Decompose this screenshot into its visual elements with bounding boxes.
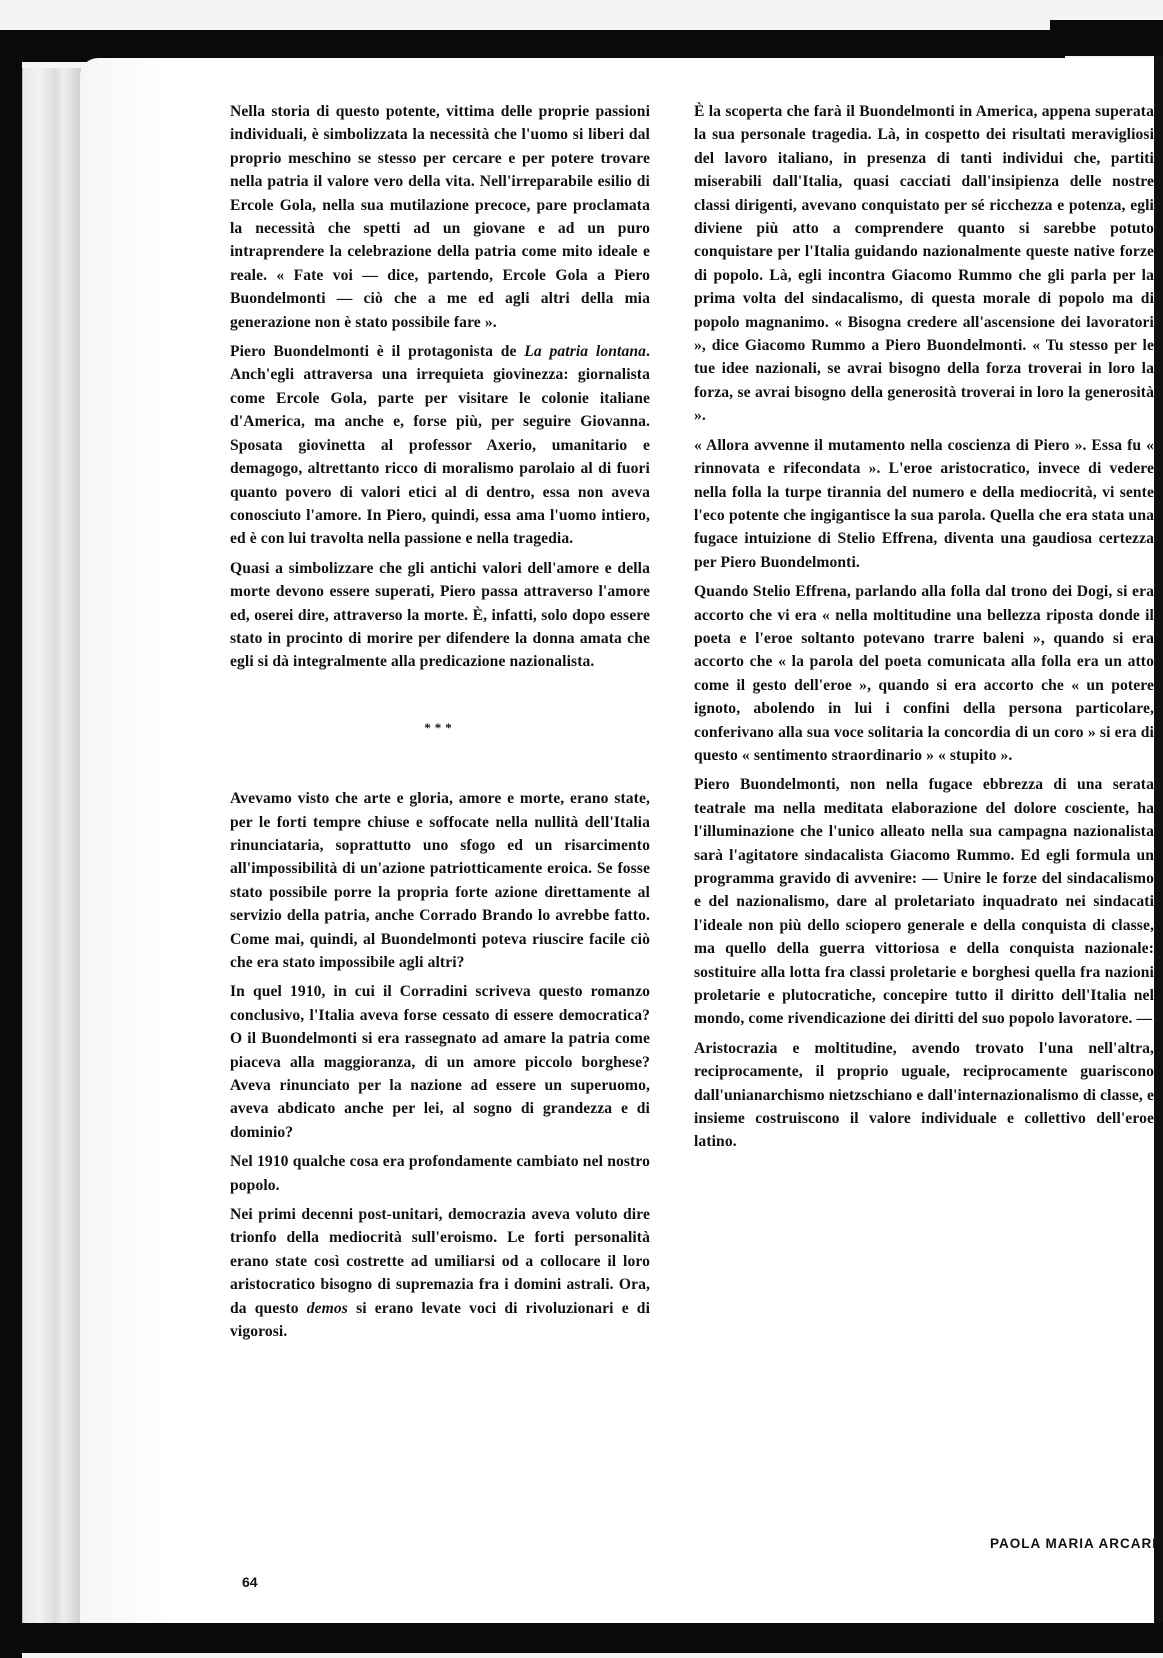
right-column: È la scoperta che farà il Buondelmonti i…: [694, 100, 1154, 1160]
paragraph: Quando Stelio Effrena, parlando alla fol…: [694, 580, 1154, 767]
paragraph: Aristocrazia e moltitudine, avendo trova…: [694, 1037, 1154, 1154]
page-number: 64: [242, 1574, 258, 1590]
italic-term: demos: [307, 1300, 348, 1317]
scan-frame-left: [0, 30, 22, 1658]
paragraph: Piero Buondelmonti è il protagonista de …: [230, 340, 650, 551]
book-title: La patria lontana: [524, 343, 646, 360]
paragraph: Nei primi decenni post-unitari, democraz…: [230, 1203, 650, 1343]
paragraph: « Allora avvenne il mutamento nella cosc…: [694, 434, 1154, 574]
left-column: Nella storia di questo potente, vittima …: [230, 100, 650, 1350]
scan-frame-right: [1154, 56, 1163, 1623]
paragraph: Piero Buondelmonti, non nella fugace ebb…: [694, 773, 1154, 1030]
paragraph-text: . Anch'egli attraversa una irrequieta gi…: [230, 343, 650, 547]
paragraph: Nella storia di questo potente, vittima …: [230, 100, 650, 334]
scan-frame-top-right: [1050, 20, 1163, 56]
paragraph: Nel 1910 qualche cosa era profondamente …: [230, 1150, 650, 1197]
paragraph-text: Piero Buondelmonti è il protagonista de: [230, 343, 524, 360]
scan-frame-bottom: [0, 1623, 1163, 1653]
paragraph: È la scoperta che farà il Buondelmonti i…: [694, 100, 1154, 428]
section-separator: ***: [230, 716, 650, 739]
paragraph: Quasi a simbolizzare che gli antichi val…: [230, 557, 650, 674]
paragraph: In quel 1910, in cui il Corradini scrive…: [230, 980, 650, 1144]
paragraph: Avevamo visto che arte e gloria, amore e…: [230, 787, 650, 974]
book-page-edges: [22, 68, 81, 1623]
author-byline: PAOLA MARIA ARCARI: [990, 1536, 1154, 1551]
